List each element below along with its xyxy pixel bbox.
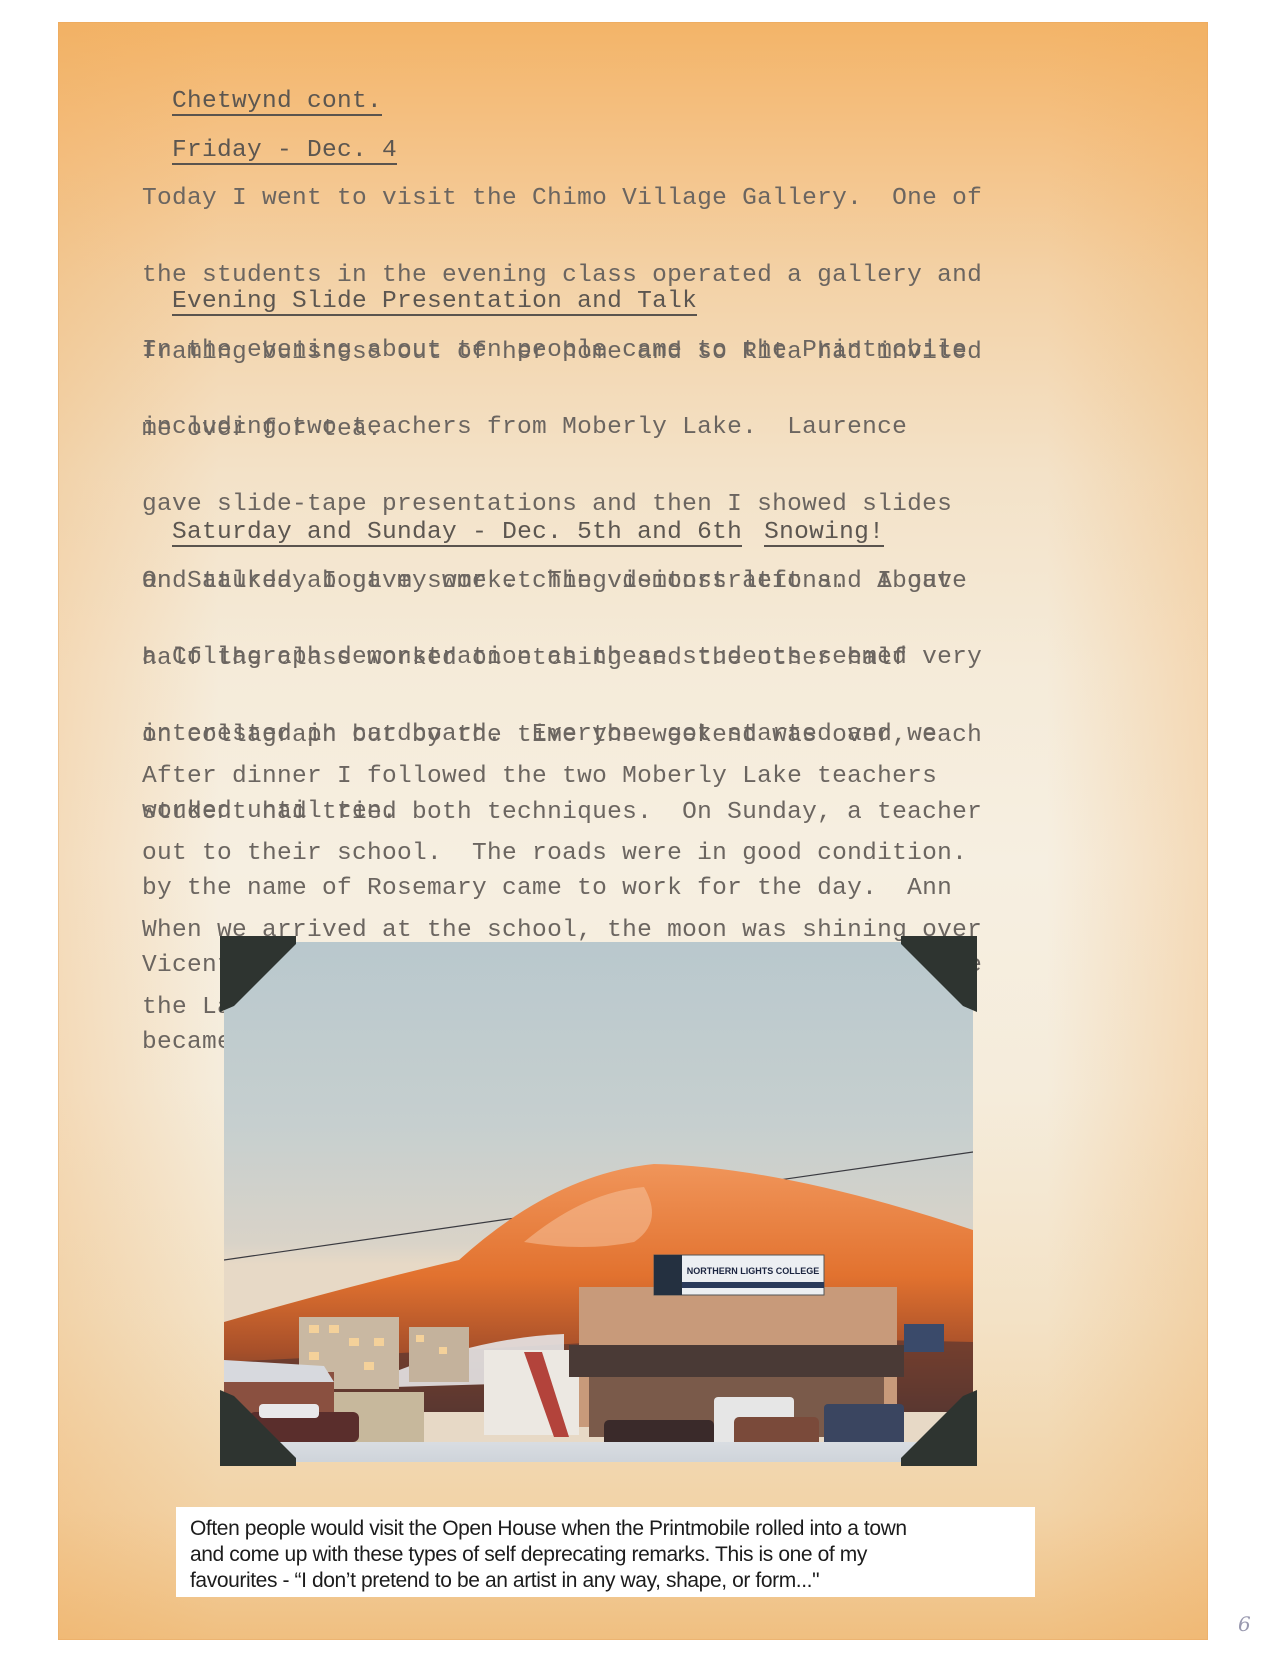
svg-text:NORTHERN LIGHTS COLLEGE: NORTHERN LIGHTS COLLEGE [687,1266,820,1276]
photo-corner-bottom-right [901,1390,977,1466]
caption-line: and come up with these types of self dep… [190,1542,1035,1568]
text-line: including two teachers from Moberly Lake… [142,415,982,441]
photo-corner-top-left [220,936,296,1012]
page-title: Chetwynd cont. [142,63,382,116]
photo-corner-top-right [901,936,977,1012]
text-line: out to their school. The roads were in g… [142,841,982,867]
text-line: After dinner I followed the two Moberly … [142,764,982,790]
photo-caption: Often people would visit the Open House … [176,1507,1035,1597]
caption-line: favourites - “I don’t pretend to be an a… [190,1568,1035,1594]
photo-corner-bottom-left [220,1390,296,1466]
photograph: NORTHERN LIGHTS COLLEGE [220,936,977,1466]
text-line: Today I went to visit the Chimo Village … [142,186,982,212]
text-line: On Saturday I gave some etching demonstr… [142,569,982,595]
caption-line: Often people would visit the Open House … [190,1516,1035,1542]
photo-image: NORTHERN LIGHTS COLLEGE [224,942,973,1462]
page-number: 6 [1238,1612,1251,1636]
text-line: In the evening about ten people came to … [142,338,982,364]
text-line: half the class worked on etching and the… [142,646,982,672]
